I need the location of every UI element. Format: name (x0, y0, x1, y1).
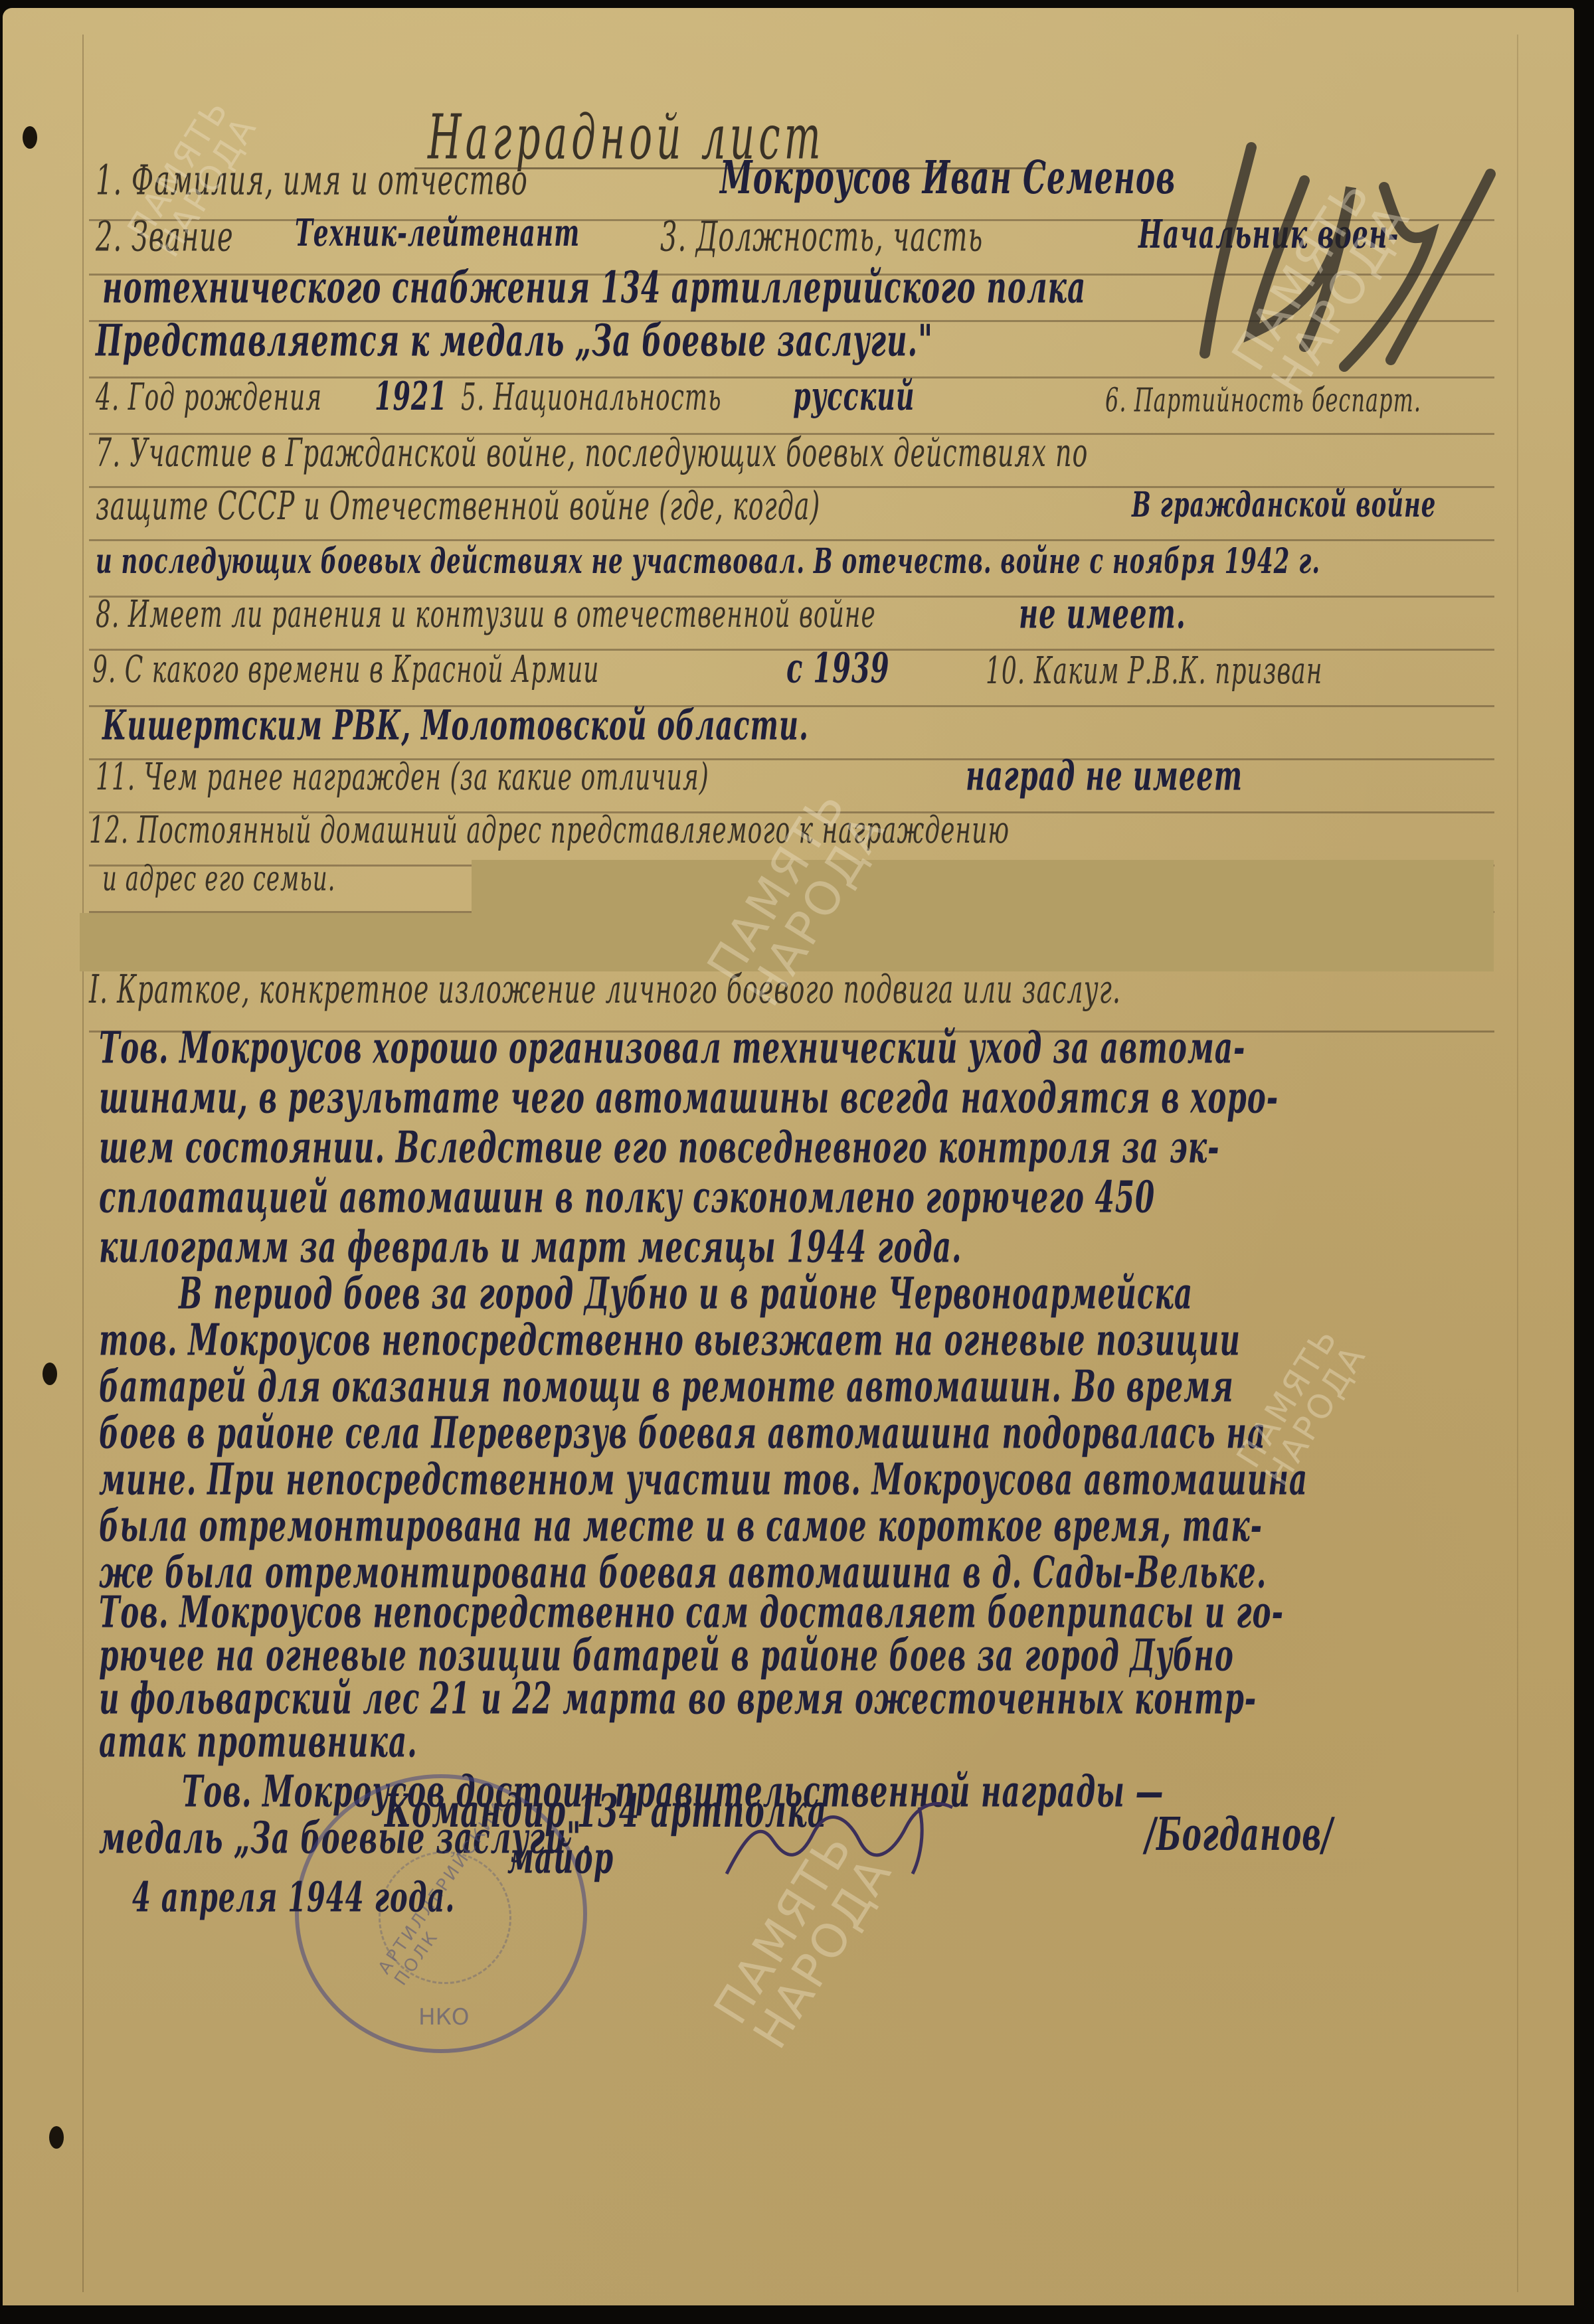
field-label-civil-war-cont: защите СССР и Отечественной войне (где, … (96, 483, 820, 529)
narrative-line: атак противника. (99, 1716, 418, 1767)
field-value-position-cont: нотехнического снабжения 134 артиллерийс… (102, 262, 1086, 313)
field-value-draft-office: Кишертским РВК, Молотовской области. (102, 701, 809, 750)
field-value-rank: Техник-лейтенант (295, 212, 580, 255)
field-value-civil-war-cont: и последующих боевых действиях не участв… (96, 541, 1320, 582)
watermark: ПАМЯТЬНАРОДА (1231, 1321, 1372, 1491)
punch-hole (23, 126, 37, 149)
field-label-wounds: 8. Имеет ли ранения и контузии в отечест… (96, 594, 876, 636)
field-label-birth-year: 4. Год рождения (96, 376, 322, 419)
field-label-draft-office: 10. Каким Р.В.К. призван (986, 650, 1323, 693)
narrative-line: шем состоянии. Вследствие его повседневн… (99, 1122, 1220, 1173)
field-label-family-address: и адрес его семьи. (102, 859, 335, 900)
field-value-nationality: русский (793, 373, 915, 419)
right-margin-rule (1517, 35, 1518, 2292)
stamp-bottom-text: НКО (418, 2004, 469, 2031)
left-margin-rule (82, 35, 84, 2292)
field-value-birth-year: 1921 (375, 373, 448, 419)
field-label-civil-war: 7. Участие в Гражданской войне, последую… (96, 430, 1088, 475)
field-label-nationality: 5. Национальность (461, 376, 722, 419)
field-value-full-name: Мокроусов Иван Семенов (720, 152, 1176, 205)
narrative-line: тов. Мокроусов непосредственно выезжает … (99, 1315, 1241, 1365)
award-presented-for: Представляется к медаль „За боевые заслу… (96, 315, 933, 366)
field-value-civil-war: В гражданской войне (1132, 485, 1436, 526)
field-value-wounds: не имеет. (1019, 590, 1186, 638)
field-value-army-since: с 1939 (786, 644, 890, 693)
award-sheet-page: Наградной лист 1. Фамилия, имя и отчеств… (3, 8, 1574, 2305)
field-party-membership: 6. Партийность беспарт. (1105, 380, 1421, 420)
redacted-address-block (472, 860, 1494, 913)
narrative-line: сплоатацией автомашин в полку сэкономлен… (99, 1172, 1155, 1222)
field-label-position: 3. Должность, часть (660, 214, 983, 261)
narrative-line: мине. При непосредственном участии тов. … (99, 1454, 1308, 1505)
document-date: 4 апреля 1944 года. (132, 1873, 455, 1922)
punch-hole (43, 1363, 57, 1385)
narrative-line: боев в районе села Переверзув боевая авт… (99, 1408, 1266, 1458)
narrative-line: Тов. Мокроусов хорошо организовал технич… (99, 1023, 1245, 1073)
narrative-line: шинами, в результате чего автомашины все… (99, 1072, 1279, 1123)
field-value-prior-awards: наград не имеет (966, 752, 1243, 800)
field-label-prior-awards: 11. Чем ранее награжден (за какие отличи… (96, 756, 709, 799)
narrative-line: батарей для оказания помощи в ремонте ав… (99, 1361, 1234, 1412)
narrative-line: килограмм за февраль и март месяцы 1944 … (99, 1222, 962, 1272)
narrative-line: была отремонтирована на месте и в самое … (99, 1501, 1263, 1551)
punch-hole (49, 2126, 64, 2149)
section-header-feat-summary: I. Краткое, конкретное изложение личного… (89, 967, 1121, 1012)
signatory-rank: майор (507, 1833, 614, 1883)
signatory-name: /Богданов/ (1145, 1809, 1333, 1861)
narrative-line: В период боев за город Дубно и в районе … (179, 1268, 1193, 1319)
field-label-army-since: 9. С какого времени в Красной Армии (92, 649, 600, 691)
